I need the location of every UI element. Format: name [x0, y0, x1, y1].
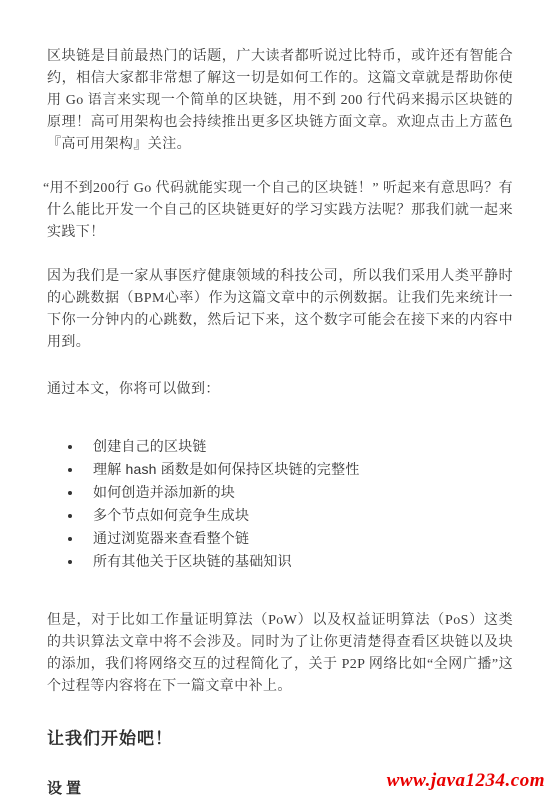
bullet-item: 如何创造并添加新的块 — [83, 481, 513, 504]
bullet-item: 创建自己的区块链 — [83, 435, 513, 458]
bullet-item: 所有其他关于区块链的基础知识 — [83, 550, 513, 573]
paragraph-closing: 但是，对于比如工作量证明算法（PoW）以及权益证明算法（PoS）这类的共识算法文… — [47, 610, 513, 698]
bullet-item: 通过浏览器来查看整个链 — [83, 527, 513, 550]
bullet-item: 理解 hash 函数是如何保持区块链的完整性 — [83, 458, 513, 481]
paragraph-quote: “用不到200行 Go 代码就能实现一个自己的区块链！” 听起来有意思吗？有什么… — [47, 178, 513, 244]
document-page: 区块链是目前最热门的话题，广大读者都听说过比特币，或许还有智能合约，相信大家都非… — [0, 0, 559, 802]
article-content: 区块链是目前最热门的话题，广大读者都听说过比特币，或许还有智能合约，相信大家都非… — [47, 0, 513, 798]
bullet-item: 多个节点如何竞争生成块 — [83, 504, 513, 527]
bullet-list: 创建自己的区块链 理解 hash 函数是如何保持区块链的完整性 如何创造并添加新… — [47, 435, 513, 573]
paragraph-intro: 区块链是目前最热门的话题，广大读者都听说过比特币，或许还有智能合约，相信大家都非… — [47, 46, 513, 156]
paragraph-company: 因为我们是一家从事医疗健康领域的科技公司，所以我们采用人类平静时的心跳数据（BP… — [47, 266, 513, 354]
watermark-link[interactable]: www.java1234.com — [387, 770, 545, 792]
list-intro: 通过本文，你将可以做到： — [47, 379, 513, 401]
heading-lets-start: 让我们开始吧！ — [47, 724, 513, 749]
